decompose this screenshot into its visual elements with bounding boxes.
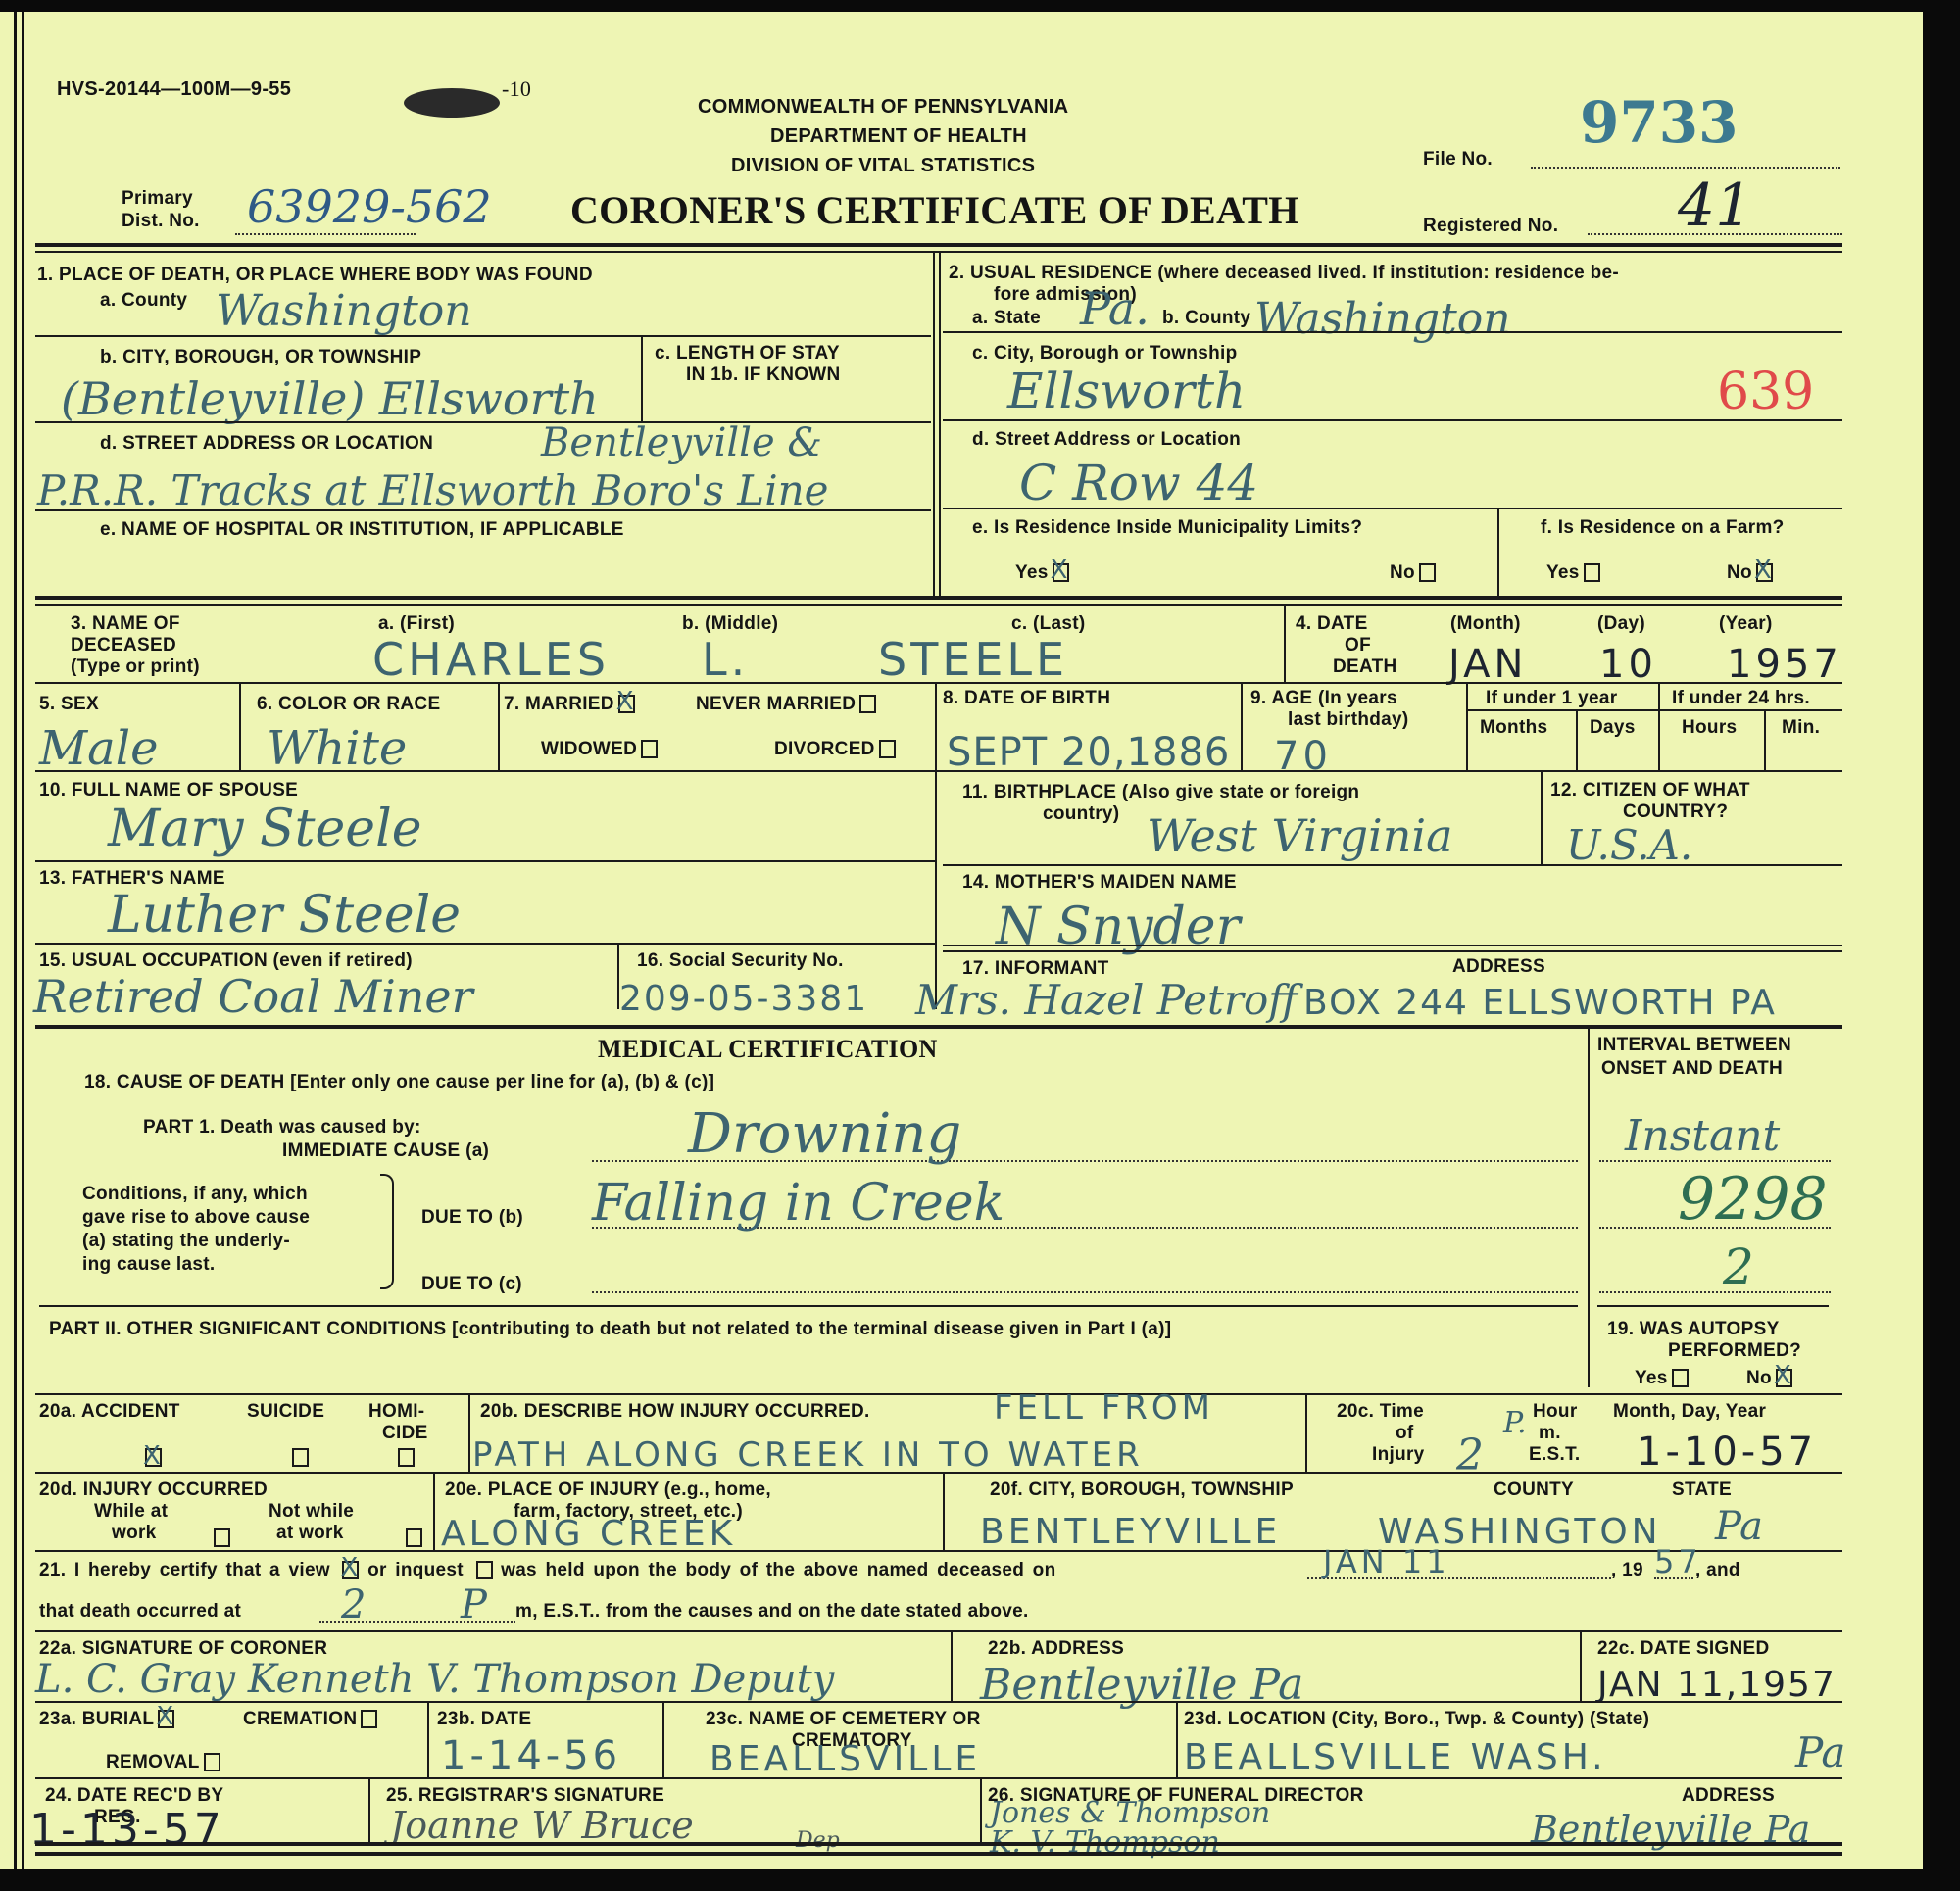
accident-label: 20a. ACCIDENT bbox=[39, 1401, 180, 1423]
registered-number-label: Registered No. bbox=[1423, 216, 1558, 237]
residence-street-value: C Row 44 bbox=[1019, 459, 1258, 508]
rule-v bbox=[1764, 709, 1766, 770]
rule-v bbox=[1588, 1027, 1590, 1387]
middle-name-label: b. (Middle) bbox=[682, 613, 778, 635]
rule bbox=[943, 331, 1842, 333]
residence-county-label: b. County bbox=[1162, 308, 1250, 329]
file-number-value: 9733 bbox=[1580, 94, 1738, 151]
rule bbox=[35, 860, 935, 862]
farm-label: f. Is Residence on a Farm? bbox=[1541, 517, 1785, 539]
rule-v bbox=[1541, 770, 1543, 864]
rule bbox=[35, 1701, 1842, 1703]
divorced-option[interactable]: DIVORCED bbox=[774, 739, 896, 760]
place-of-injury-value: ALONG CREEK bbox=[441, 1517, 736, 1552]
rule-v bbox=[980, 1777, 982, 1844]
certify-text-b: or inquest bbox=[367, 1560, 464, 1580]
primary-dist-label-1: Primary bbox=[122, 188, 193, 210]
est-label: E.S.T. bbox=[1529, 1444, 1580, 1466]
residence-city-value: Ellsworth bbox=[1007, 366, 1246, 415]
interval-a-value: Instant bbox=[1625, 1115, 1780, 1158]
cause-b-value: Falling in Creek bbox=[592, 1178, 1004, 1229]
street-label: d. STREET ADDRESS OR LOCATION bbox=[100, 433, 433, 455]
married-option[interactable]: 7. MARRIED bbox=[504, 694, 635, 715]
injury-occurred-label: 20d. INJURY OCCURRED bbox=[39, 1479, 268, 1501]
inside-limits-yes[interactable]: Yes bbox=[1015, 562, 1069, 584]
ssn-value: 209-05-3381 bbox=[619, 982, 868, 1017]
farm-yes[interactable]: Yes bbox=[1546, 562, 1600, 584]
rule bbox=[1597, 1305, 1829, 1307]
never-married-checkbox[interactable] bbox=[859, 695, 876, 713]
date-signed-label: 22c. DATE SIGNED bbox=[1597, 1638, 1770, 1660]
autopsy-label-2: PERFORMED? bbox=[1668, 1340, 1801, 1362]
rule-v bbox=[368, 1777, 370, 1844]
view-checkbox[interactable] bbox=[342, 1561, 359, 1579]
conditions-label-2: gave rise to above cause bbox=[82, 1207, 310, 1229]
day-label: (Day) bbox=[1597, 613, 1645, 635]
informant-address-label: ADDRESS bbox=[1452, 956, 1545, 978]
rule-v bbox=[1576, 709, 1578, 770]
spouse-value: Mary Steele bbox=[108, 803, 421, 854]
rule bbox=[35, 943, 935, 945]
rule-v bbox=[1241, 682, 1243, 770]
seal-suffix: -10 bbox=[502, 76, 531, 101]
months-label: Months bbox=[1480, 717, 1547, 739]
dod-label-1: 4. DATE bbox=[1296, 613, 1368, 635]
married-label: 7. MARRIED bbox=[504, 694, 614, 714]
cremation-checkbox[interactable] bbox=[361, 1710, 377, 1728]
inside-limits-no-checkbox[interactable] bbox=[1419, 563, 1436, 582]
rule-v bbox=[943, 1472, 945, 1550]
first-name-value: CHARLES bbox=[372, 637, 610, 682]
birthplace-value: West Virginia bbox=[1147, 813, 1453, 858]
sex-value: Male bbox=[39, 725, 159, 772]
age-label-1: 9. AGE (In years bbox=[1250, 688, 1397, 709]
rule bbox=[35, 509, 931, 511]
yes-label: Yes bbox=[1546, 562, 1580, 583]
month-day-year-label: Month, Day, Year bbox=[1613, 1401, 1766, 1423]
rule-v bbox=[433, 1472, 435, 1550]
length-of-stay-label-2: IN 1b. IF KNOWN bbox=[686, 364, 841, 386]
green-code-1: 9298 bbox=[1678, 1170, 1828, 1229]
rule-dotted bbox=[1599, 1291, 1831, 1293]
rule bbox=[943, 508, 1842, 509]
rule bbox=[35, 1630, 1842, 1632]
hours-label: Hours bbox=[1682, 717, 1737, 739]
year-label: (Year) bbox=[1719, 613, 1773, 635]
rule bbox=[943, 945, 1842, 946]
never-married-option[interactable]: NEVER MARRIED bbox=[696, 694, 876, 715]
burial-date-label: 23b. DATE bbox=[437, 1709, 531, 1730]
section-divider bbox=[933, 253, 935, 596]
agency-line-3: DIVISION OF VITAL STATISTICS bbox=[731, 155, 1035, 177]
describe-injury-value-1: FELL FROM bbox=[994, 1391, 1214, 1425]
form-code: HVS-20144—100M—9-55 bbox=[57, 78, 291, 101]
dob-value: SEPT 20,1886 bbox=[947, 733, 1230, 772]
certify-line-2a: that death occurred at bbox=[39, 1601, 241, 1623]
inside-limits-no[interactable]: No bbox=[1390, 562, 1436, 584]
race-label: 6. COLOR OR RACE bbox=[257, 694, 440, 715]
conditions-label-4: ing cause last. bbox=[82, 1254, 215, 1276]
cause-a-value: Drowning bbox=[688, 1107, 961, 1162]
funeral-director-value-1: Jones & Thompson bbox=[990, 1799, 1270, 1828]
cemetery-value: BEALLSVILLE bbox=[710, 1742, 981, 1777]
certify-and: , and bbox=[1695, 1560, 1740, 1581]
registered-number-value: 41 bbox=[1678, 176, 1752, 235]
medical-certification-title: MEDICAL CERTIFICATION bbox=[598, 1035, 938, 1064]
agency-line-1: COMMONWEALTH OF PENNSYLVANIA bbox=[698, 96, 1068, 119]
no-label: No bbox=[1746, 1368, 1772, 1388]
residence-state-label: a. State bbox=[972, 308, 1041, 329]
min-label: Min. bbox=[1782, 717, 1820, 739]
union-label-seal-icon bbox=[404, 88, 500, 118]
rule-v bbox=[662, 1701, 664, 1777]
certificate-title: CORONER'S CERTIFICATE OF DEATH bbox=[570, 188, 1299, 233]
yes-label: Yes bbox=[1015, 562, 1049, 583]
occupation-value: Retired Coal Miner bbox=[33, 974, 473, 1019]
hour-label: Hour bbox=[1533, 1401, 1578, 1423]
certify-year-prefix: , 19 bbox=[1611, 1560, 1643, 1581]
rule bbox=[943, 864, 1842, 866]
certify-line-2b: m, E.S.T.. from the causes and on the da… bbox=[515, 1601, 1029, 1623]
not-at-work-label-2: at work bbox=[276, 1523, 344, 1544]
rule-v bbox=[1305, 1393, 1307, 1474]
rule-v bbox=[935, 770, 937, 1009]
rule bbox=[35, 1842, 1842, 1846]
residence-state-value: Pa. bbox=[1080, 286, 1150, 331]
suicide-checkbox[interactable] bbox=[292, 1448, 309, 1467]
file-number-label: File No. bbox=[1423, 149, 1493, 170]
inside-limits-label: e. Is Residence Inside Municipality Limi… bbox=[972, 517, 1362, 539]
widowed-label: WIDOWED bbox=[541, 739, 637, 759]
coroner-signature-value: L. C. Gray Kenneth V. Thompson Deputy bbox=[35, 1660, 834, 1699]
age-label-2: last birthday) bbox=[1288, 709, 1409, 731]
conditions-label-3: (a) stating the underly- bbox=[82, 1231, 290, 1252]
time-of-injury-label-1: 20c. Time bbox=[1337, 1401, 1424, 1423]
name-label-1: 3. NAME OF bbox=[71, 613, 180, 635]
rule bbox=[35, 1852, 1842, 1856]
last-name-value: STEELE bbox=[878, 637, 1068, 682]
length-of-stay-label-1: c. LENGTH OF STAY bbox=[655, 343, 840, 364]
describe-injury-value-2: PATH ALONG CREEK IN TO WATER bbox=[472, 1438, 1144, 1472]
funeral-address-label: ADDRESS bbox=[1682, 1785, 1775, 1807]
rule-dotted bbox=[592, 1291, 1578, 1293]
month-label: (Month) bbox=[1450, 613, 1521, 635]
rule bbox=[35, 1472, 1842, 1474]
removal-option[interactable]: REMOVAL bbox=[106, 1752, 220, 1773]
name-label-3: (Type or print) bbox=[71, 656, 200, 678]
street-value-1: Bentleyville & bbox=[541, 423, 822, 462]
inquest-checkbox[interactable] bbox=[476, 1561, 493, 1579]
rule-v bbox=[427, 1701, 429, 1777]
citizen-label-1: 12. CITIZEN OF WHAT bbox=[1550, 780, 1750, 801]
date-received-label-1: 24. DATE REC'D BY bbox=[45, 1785, 223, 1807]
rule bbox=[35, 335, 931, 337]
conditions-brace bbox=[380, 1174, 394, 1289]
dod-label-2: OF bbox=[1345, 635, 1371, 656]
autopsy-no[interactable]: No bbox=[1746, 1368, 1792, 1389]
injury-city-value: BENTLEYVILLE bbox=[980, 1515, 1281, 1550]
divorced-label: DIVORCED bbox=[774, 739, 875, 759]
injury-state-value: Pa bbox=[1715, 1507, 1763, 1546]
ssn-label: 16. Social Security No. bbox=[637, 950, 844, 972]
last-name-label: c. (Last) bbox=[1011, 613, 1086, 635]
rule bbox=[943, 950, 1842, 952]
farm-no-checkbox[interactable] bbox=[1756, 563, 1773, 582]
not-at-work-checkbox[interactable] bbox=[406, 1528, 422, 1547]
rule bbox=[35, 682, 1842, 684]
injury-city-label: 20f. CITY, BOROUGH, TOWNSHIP bbox=[990, 1479, 1294, 1501]
rule-v bbox=[1284, 604, 1286, 684]
rule bbox=[39, 1305, 1578, 1307]
coroner-address-label: 22b. ADDRESS bbox=[988, 1638, 1124, 1660]
sex-label: 5. SEX bbox=[39, 694, 99, 715]
certify-line-1: 21. I hereby certify that a view or inqu… bbox=[39, 1560, 1056, 1581]
widowed-option[interactable]: WIDOWED bbox=[541, 739, 658, 760]
street-value-2: P.R.R. Tracks at Ellsworth Boro's Line bbox=[37, 470, 829, 511]
rule bbox=[35, 1025, 1842, 1029]
rule bbox=[35, 1777, 1842, 1779]
part1-label: PART 1. Death was caused by: bbox=[143, 1117, 421, 1139]
left-border-inner bbox=[22, 12, 24, 1869]
rule-v bbox=[1658, 682, 1660, 770]
injury-date-value: 1-10-57 bbox=[1637, 1432, 1817, 1472]
removal-checkbox[interactable] bbox=[204, 1753, 220, 1771]
time-ampm-value: P. bbox=[1503, 1409, 1527, 1438]
residence-county-value: Washington bbox=[1254, 298, 1511, 341]
death-hour-value: 2 bbox=[341, 1585, 366, 1624]
rule-v bbox=[1176, 1701, 1178, 1777]
dod-day-value: 10 bbox=[1599, 645, 1657, 684]
mother-label: 14. MOTHER'S MAIDEN NAME bbox=[962, 872, 1237, 894]
describe-injury-label: 20b. DESCRIBE HOW INJURY OCCURRED. bbox=[480, 1401, 870, 1423]
rule bbox=[35, 596, 1842, 600]
under-24-hours-label: If under 24 hrs. bbox=[1672, 688, 1810, 709]
city-value: (Bentleyville) Ellsworth bbox=[61, 376, 599, 421]
homicide-label-2: CIDE bbox=[382, 1423, 428, 1444]
pm-label: m. bbox=[1539, 1423, 1561, 1444]
birthplace-label-1: 11. BIRTHPLACE (Also give state or forei… bbox=[962, 782, 1359, 803]
autopsy-no-checkbox[interactable] bbox=[1776, 1369, 1792, 1387]
no-label: No bbox=[1390, 562, 1415, 583]
burial-location-label: 23d. LOCATION (City, Boro., Twp. & Count… bbox=[1184, 1709, 1649, 1730]
conditions-label-1: Conditions, if any, which bbox=[82, 1184, 308, 1205]
primary-dist-label-2: Dist. No. bbox=[122, 211, 200, 232]
due-to-b-label: DUE TO (b) bbox=[421, 1207, 523, 1229]
rule bbox=[35, 770, 1842, 772]
under-1-year-label: If under 1 year bbox=[1486, 688, 1617, 709]
rule bbox=[35, 1393, 1842, 1395]
rule-v bbox=[239, 682, 241, 770]
held-date-value: JAN 11 bbox=[1323, 1546, 1450, 1577]
no-label: No bbox=[1727, 562, 1752, 583]
dod-year-value: 1957 bbox=[1727, 645, 1842, 684]
residence-street-label: d. Street Address or Location bbox=[972, 429, 1241, 451]
primary-dist-value: 63929-562 bbox=[247, 184, 492, 229]
cemetery-label-1: 23c. NAME OF CEMETERY OR bbox=[706, 1709, 981, 1730]
cause-of-death-label: 18. CAUSE OF DEATH [Enter only one cause… bbox=[84, 1072, 714, 1093]
due-to-c-label: DUE TO (c) bbox=[421, 1274, 522, 1295]
certify-text-a: 21. I hereby certify that a view bbox=[39, 1560, 330, 1580]
cremation-label: CREMATION bbox=[243, 1709, 357, 1729]
citizen-value: U.S.A. bbox=[1566, 825, 1692, 866]
green-code-2: 2 bbox=[1723, 1242, 1754, 1291]
informant-address-value: BOX 244 ELLSWORTH PA bbox=[1303, 986, 1777, 1021]
residence-label-1: 2. USUAL RESIDENCE (where deceased lived… bbox=[949, 263, 1619, 284]
suicide-label: SUICIDE bbox=[247, 1401, 324, 1423]
farm-yes-checkbox[interactable] bbox=[1584, 563, 1600, 582]
date-signed-value: JAN 11,1957 bbox=[1597, 1668, 1837, 1703]
time-of-injury-label-2: of bbox=[1396, 1423, 1414, 1444]
left-border bbox=[14, 12, 17, 1869]
certify-text-c: was held upon the body of the above name… bbox=[501, 1560, 1055, 1580]
red-code: 639 bbox=[1717, 366, 1814, 417]
cremation-option[interactable]: CREMATION bbox=[243, 1709, 377, 1730]
spouse-label: 10. FULL NAME OF SPOUSE bbox=[39, 780, 298, 801]
autopsy-yes-checkbox[interactable] bbox=[1672, 1369, 1689, 1387]
residence-city-label: c. City, Borough or Township bbox=[972, 343, 1238, 364]
first-name-label: a. (First) bbox=[378, 613, 455, 635]
time-of-injury-label-3: Injury bbox=[1372, 1444, 1425, 1466]
burial-location-state: Pa bbox=[1795, 1732, 1845, 1773]
file-number-line bbox=[1531, 167, 1840, 169]
rule bbox=[35, 604, 1842, 606]
dob-label: 8. DATE OF BIRTH bbox=[943, 688, 1110, 709]
middle-name-value: L. bbox=[702, 637, 749, 682]
immediate-cause-label: IMMEDIATE CAUSE (a) bbox=[282, 1140, 489, 1162]
section-divider-2 bbox=[939, 253, 941, 596]
county-value: Washington bbox=[216, 290, 472, 333]
registrar-signature-value: Joanne W Bruce bbox=[390, 1807, 694, 1844]
rule-v bbox=[1580, 1630, 1582, 1701]
autopsy-yes[interactable]: Yes bbox=[1635, 1368, 1689, 1389]
informant-value: Mrs. Hazel Petroff bbox=[915, 980, 1298, 1021]
part2-label: PART II. OTHER SIGNIFICANT CONDITIONS [c… bbox=[49, 1319, 1171, 1340]
autopsy-label-1: 19. WAS AUTOPSY bbox=[1607, 1319, 1780, 1340]
while-at-work-label-1: While at bbox=[94, 1501, 168, 1523]
hospital-label: e. NAME OF HOSPITAL OR INSTITUTION, IF A… bbox=[100, 519, 624, 541]
married-checkbox[interactable] bbox=[618, 695, 635, 713]
not-at-work-label-1: Not while bbox=[269, 1501, 354, 1523]
county-label: a. County bbox=[100, 290, 187, 312]
burial-option[interactable]: 23a. BURIAL bbox=[39, 1709, 174, 1730]
rule-v bbox=[951, 1630, 953, 1701]
rule-v bbox=[1497, 508, 1499, 596]
rule bbox=[1466, 709, 1842, 711]
days-label: Days bbox=[1590, 717, 1636, 739]
city-label: b. CITY, BOROUGH, OR TOWNSHIP bbox=[100, 347, 421, 368]
place-of-death-label: 1. PLACE OF DEATH, OR PLACE WHERE BODY W… bbox=[37, 265, 593, 286]
rule bbox=[943, 419, 1842, 421]
interval-label-1: INTERVAL BETWEEN bbox=[1597, 1035, 1791, 1056]
burial-label: 23a. BURIAL bbox=[39, 1709, 154, 1729]
homicide-label-1: HOMI- bbox=[368, 1401, 424, 1423]
removal-label: REMOVAL bbox=[106, 1752, 200, 1772]
rule-v bbox=[468, 1393, 470, 1474]
burial-location-value: BEALLSVILLE WASH. bbox=[1184, 1740, 1607, 1775]
burial-checkbox[interactable] bbox=[158, 1710, 174, 1728]
name-label-2: DECEASED bbox=[71, 635, 176, 656]
occupation-label: 15. USUAL OCCUPATION (even if retired) bbox=[39, 950, 413, 972]
widowed-checkbox[interactable] bbox=[641, 740, 658, 758]
header-rule-1 bbox=[35, 243, 1842, 247]
accident-checkbox[interactable] bbox=[145, 1448, 162, 1467]
rule-v bbox=[498, 682, 500, 770]
farm-no[interactable]: No bbox=[1727, 562, 1773, 584]
injury-county-label: COUNTY bbox=[1494, 1479, 1574, 1501]
burial-date-value: 1-14-56 bbox=[441, 1736, 621, 1775]
homicide-checkbox[interactable] bbox=[398, 1448, 415, 1467]
certificate-page: HVS-20144—100M—9-55 -10 COMMONWEALTH OF … bbox=[0, 12, 1923, 1869]
registrar-signature-suffix: Dep bbox=[796, 1830, 840, 1852]
injury-state-label: STATE bbox=[1672, 1479, 1732, 1501]
yes-label: Yes bbox=[1635, 1368, 1668, 1388]
while-at-work-label-2: work bbox=[112, 1523, 157, 1544]
rule-v bbox=[935, 682, 937, 770]
dod-month-value: JAN bbox=[1448, 645, 1527, 684]
father-value: Luther Steele bbox=[108, 890, 461, 941]
never-married-label: NEVER MARRIED bbox=[696, 694, 856, 714]
rule-v bbox=[641, 335, 643, 421]
rule-v bbox=[1466, 682, 1468, 770]
inside-limits-yes-checkbox[interactable] bbox=[1053, 563, 1069, 582]
rule bbox=[35, 1550, 1842, 1552]
while-at-work-checkbox[interactable] bbox=[214, 1528, 230, 1547]
divorced-checkbox[interactable] bbox=[879, 740, 896, 758]
agency-line-2: DEPARTMENT OF HEALTH bbox=[770, 125, 1027, 148]
dod-label-3: DEATH bbox=[1333, 656, 1397, 678]
death-ampm-value: P bbox=[461, 1585, 487, 1624]
place-of-injury-label-1: 20e. PLACE OF INJURY (e.g., home, bbox=[445, 1479, 771, 1501]
race-value: White bbox=[267, 725, 407, 772]
primary-dist-line bbox=[235, 233, 416, 235]
birthplace-label-2: country) bbox=[1043, 803, 1119, 825]
citizen-label-2: COUNTRY? bbox=[1623, 801, 1728, 823]
interval-label-2: ONSET AND DEATH bbox=[1601, 1058, 1783, 1080]
